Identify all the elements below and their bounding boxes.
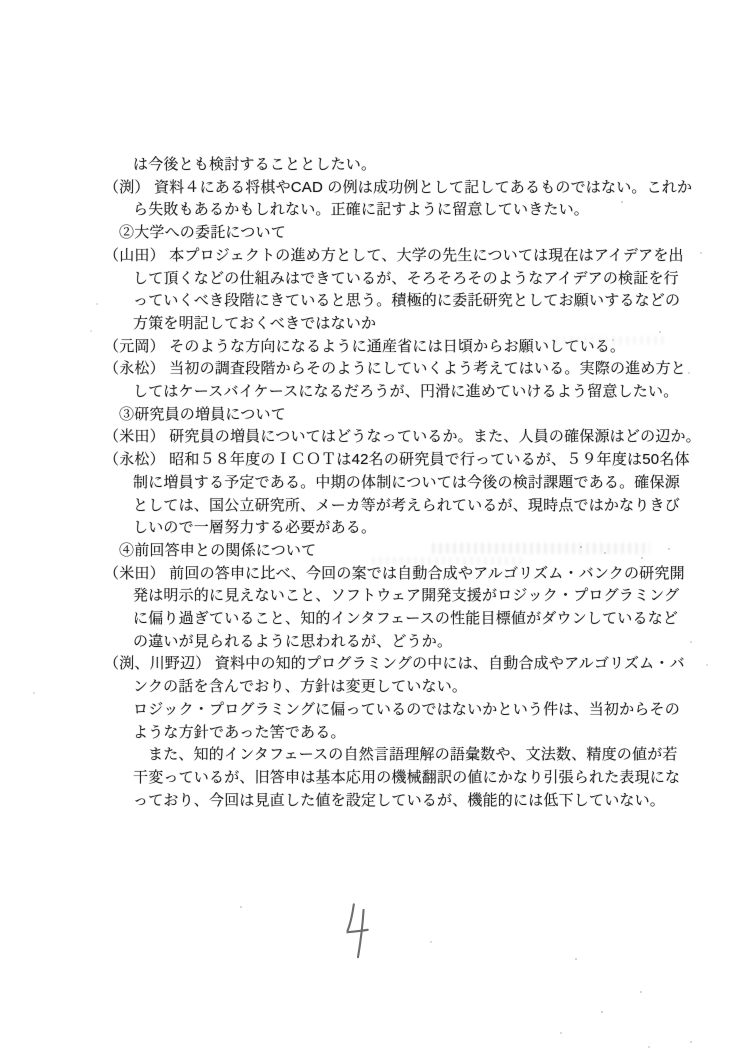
text-line: 方策を明記しておくべきではないか [104,313,704,336]
text-line: 干変っているが、旧答申は基本応用の機械翻訳の値にかなり引張られた表現にな [104,767,704,790]
section-heading: ②大学への委託について [104,222,704,245]
minutes-text: は今後とも検討することとしたい。 （渕） 資料４にある将棋やCAD の例は成功例… [104,154,704,812]
text-line: してはケースバイケースになるだろうが、円滑に進めていけるよう留意したい。 [104,381,704,404]
text-line: ら失敗もあるかもしれない。正確に記すように留意していきたい。 [104,199,704,222]
text-line: （渕、川野辺） 資料中の知的プログラミングの中には、自動合成やアルゴリズム・バ [104,653,704,676]
scan-smudge [372,557,522,565]
text-line: して頂くなどの仕組みはできているが、そろそろそのようなアイデアの検証を行 [104,268,704,291]
text-line: また、知的インタフェースの自然言語理解の語彙数や、文法数、精度の値が若 [104,744,704,767]
handwritten-4-numeral [336,896,380,960]
scan-noise [0,0,2,2]
section-heading: ③研究員の増員について [104,404,704,427]
text-line: っており、今回は見直した値を設定しているが、機能的には低下していない。 [104,790,704,813]
text-line: （永松） 昭和５８年度のＩＣＯＴは42名の研究員で行っているが、５９年度は50名… [104,449,704,472]
text-line: （渕） 資料４にある将棋やCAD の例は成功例として記してあるものではない。これ… [104,177,704,200]
text-line: （米田） 研究員の増員についてはどうなっているか。また、人員の確保源はどの辺か。 [104,426,704,449]
text-line: 制に増員する予定である。中期の体制については今後の検討課題である。確保源 [104,472,704,495]
text-line: （永松） 当初の調査段階からそのようにしていくよう考えてはいる。実際の進め方と [104,358,704,381]
text-line: っていくべき段階にきていると思う。積極的に委託研究としてお願いするなどの [104,290,704,313]
text-line: ような方針であった筈である。 [104,722,704,745]
text-line: の違いが見られるように思われるが、どうか。 [104,631,704,654]
text-line: は今後とも検討することとしたい。 [104,154,704,177]
text-line: ロジック・プログラミングに偏っているのではないかという件は、当初からその [104,699,704,722]
text-line: ンクの話を含んでおり、方針は変更していない。 [104,676,704,699]
text-line: （山田） 本プロジェクトの進め方として、大学の先生については現在はアイデアを出 [104,245,704,268]
text-line: （米田） 前回の答申に比べ、今回の案では自動合成やアルゴリズム・バンクの研究開 [104,563,704,586]
scan-smudge [432,543,650,554]
scan-smudge [556,336,664,345]
text-line: に偏り過ぎていること、知的インタフェースの性能目標値がダウンしているなど [104,608,704,631]
text-line: 発は明示的に見えないこと、ソフトウェア開発支援がロジック・プログラミング [104,585,704,608]
page-number: 4 [336,896,380,960]
text-line: としては、国公立研究所、メーカ等が考えられているが、現時点ではかなりきび [104,495,704,518]
text-line: しいので一層努力する必要がある。 [104,517,704,540]
